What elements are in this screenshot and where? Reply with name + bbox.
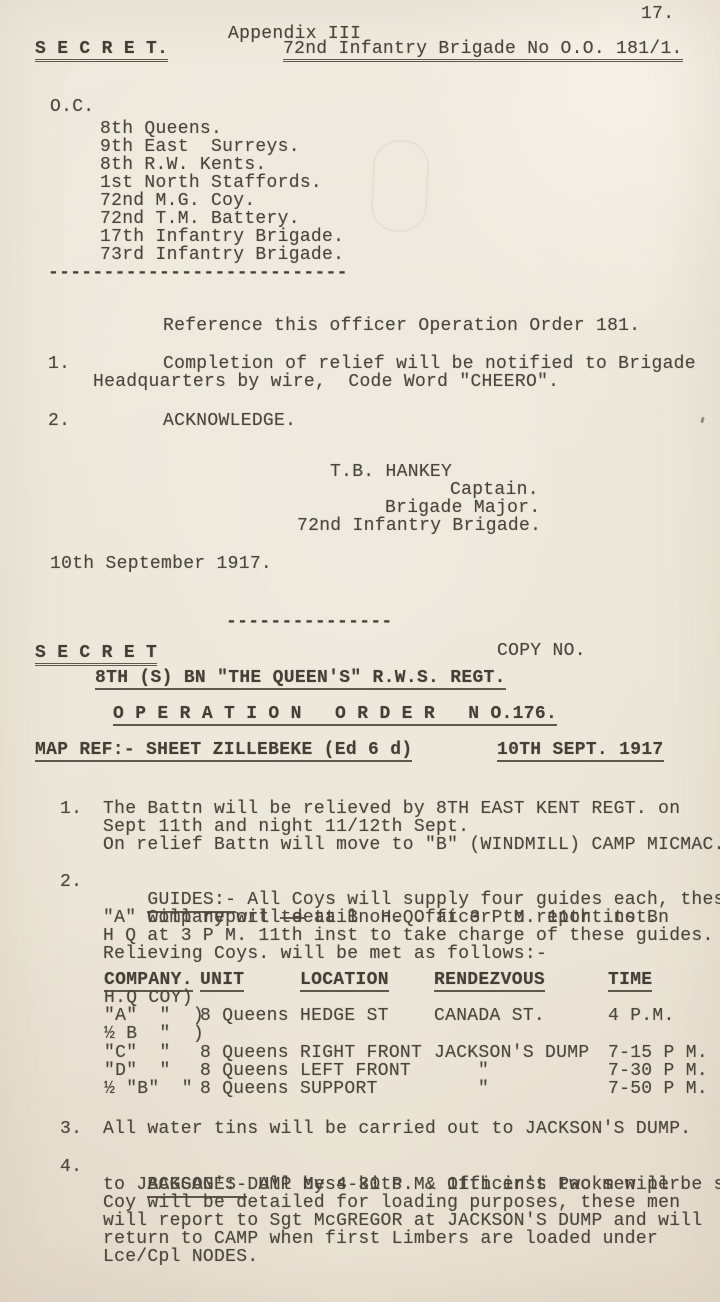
company-cell: "C" ": [104, 1044, 171, 1062]
signatory-rank: Captain.: [450, 481, 539, 499]
table-row: "D" " 8 Queens LEFT FRONT " 7-30 P M.: [0, 1062, 720, 1080]
addressee-item: 17th Infantry Brigade.: [100, 228, 344, 246]
doc2-para1-line: On relief Battn will move to "B" (WINDMI…: [103, 836, 720, 854]
addressee-heading: O.C.: [50, 98, 94, 116]
table-row: ½ B " ): [0, 1025, 720, 1043]
unit-cell: 8 Queens: [200, 1080, 289, 1098]
addressee-item: 8th Queens.: [100, 120, 222, 138]
secret-classification: S E C R E T.: [35, 40, 168, 62]
secret-classification-2: S E C R E T: [35, 644, 157, 666]
location-cell: HEDGE ST: [300, 1007, 389, 1025]
doc2-para1-line: Sept 11th and night 11/12th Sept.: [103, 818, 469, 836]
reference-line: Reference this officer Operation Order 1…: [163, 317, 640, 335]
scanned-document-page: 17. Appendix III S E C R E T. 72nd Infan…: [0, 0, 720, 1302]
doc2-para2-number: 2.: [60, 873, 82, 891]
addressee-item: 8th R.W. Kents.: [100, 156, 267, 174]
rendezvous-ditto-mark: ": [478, 1062, 489, 1080]
company-cell: "D" ": [104, 1062, 171, 1080]
time-cell: 7-15 P M.: [608, 1044, 708, 1062]
embossed-stamp-mark: [370, 139, 431, 234]
location-cell: SUPPORT: [300, 1080, 378, 1098]
company-cell: "A" " ): [104, 1007, 204, 1025]
doc1-para1-line: Headquarters by wire, Code Word "CHEERO"…: [93, 373, 559, 391]
doc2-order-date: 10TH SEPT. 1917: [497, 741, 664, 762]
unit-cell: 8 Queens: [200, 1044, 289, 1062]
unit-cell: 8 Queens: [200, 1007, 289, 1025]
battalion-heading: 8TH (S) BN "THE QUEEN'S" R.W.S. REGT.: [95, 669, 506, 690]
addressee-item: 1st North Staffords.: [100, 174, 322, 192]
unit-cell: 8 Queens: [200, 1062, 289, 1080]
addressee-item: 9th East Surreys.: [100, 138, 300, 156]
doc1-para1-number: 1.: [48, 355, 70, 373]
rendezvous-cell: CANADA ST.: [434, 1007, 545, 1025]
table-row: ½ "B" " 8 Queens SUPPORT " 7-50 P M.: [0, 1080, 720, 1098]
doc2-para3-text: All water tins will be carried out to JA…: [103, 1120, 691, 1138]
company-cell: H.Q COY): [104, 989, 193, 1007]
brigade-order-reference: 72nd Infantry Brigade No O.O. 181/1.: [283, 40, 683, 62]
doc2-para1-line: The Battn will be relieved by 8TH EAST K…: [103, 800, 680, 818]
doc2-para2-line: H Q at 3 P M. 11th inst to take charge o…: [103, 927, 714, 945]
doc2-para2-line: "A" Company will detail one Officer to r…: [103, 909, 669, 927]
distribution-divider: ---------------------------: [48, 264, 348, 282]
signatory-appointment: Brigade Major.: [385, 499, 540, 517]
rendezvous-ditto-mark: ": [478, 1080, 489, 1098]
company-cell: ½ "B" ": [104, 1080, 193, 1098]
page-number: 17.: [641, 5, 674, 23]
company-cell: ½ B " ): [104, 1025, 204, 1043]
doc2-para4-line: Lce/Cpl NODES.: [103, 1248, 258, 1266]
doc1-para1-line: Completion of relief will be notified to…: [163, 355, 696, 373]
section-divider: ---------------: [226, 613, 393, 631]
doc2-para4-line: return to CAMP when first Limbers are lo…: [103, 1230, 658, 1248]
table-row: "A" " ) 8 Queens HEDGE ST CANADA ST. 4 P…: [0, 1007, 720, 1025]
doc2-para4-number: 4.: [60, 1158, 82, 1176]
copy-number-label: COPY NO.: [497, 642, 586, 660]
doc2-para2-line: Relieving Coys. will be met as follows:-: [103, 945, 547, 963]
table-row: H.Q COY): [0, 989, 720, 1007]
doc1-order-date: 10th September 1917.: [50, 555, 272, 573]
doc1-para2-text: ACKNOWLEDGE.: [163, 412, 296, 430]
signatory-name: T.B. HANKEY: [330, 463, 452, 481]
map-reference: MAP REF:- SHEET ZILLEBEKE (Ed 6 d): [35, 741, 412, 762]
addressee-item: 72nd M.G. Coy.: [100, 192, 255, 210]
doc2-para1-number: 1.: [60, 800, 82, 818]
table-row: "C" " 8 Queens RIGHT FRONT JACKSON'S DUM…: [0, 1044, 720, 1062]
doc2-para4-line: will report to Sgt McGREGOR at JACKSON'S…: [103, 1212, 703, 1230]
time-cell: 4 P.M.: [608, 1007, 675, 1025]
doc2-para3-number: 3.: [60, 1120, 82, 1138]
ink-speck: [700, 417, 704, 424]
rendezvous-cell: JACKSON'S DUMP: [434, 1044, 589, 1062]
time-cell: 7-50 P M.: [608, 1080, 708, 1098]
doc2-para4-line: Coy will be detailed for loading purpose…: [103, 1194, 680, 1212]
doc2-para4-line: to JACKSON'S DUMP by 4-30 P M. 11th inst…: [103, 1176, 680, 1194]
time-cell: 7-30 P M.: [608, 1062, 708, 1080]
addressee-item: 72nd T.M. Battery.: [100, 210, 300, 228]
signatory-unit: 72nd Infantry Brigade.: [297, 517, 541, 535]
addressee-item: 73rd Infantry Brigade.: [100, 246, 344, 264]
troop-table-header: COMPANY. UNIT LOCATION RENDEZVOUS TIME: [0, 971, 720, 989]
operation-order-title: O P E R A T I O N O R D E R N O.176.: [113, 705, 557, 726]
doc1-para2-number: 2.: [48, 412, 70, 430]
location-cell: RIGHT FRONT: [300, 1044, 422, 1062]
location-cell: LEFT FRONT: [300, 1062, 411, 1080]
